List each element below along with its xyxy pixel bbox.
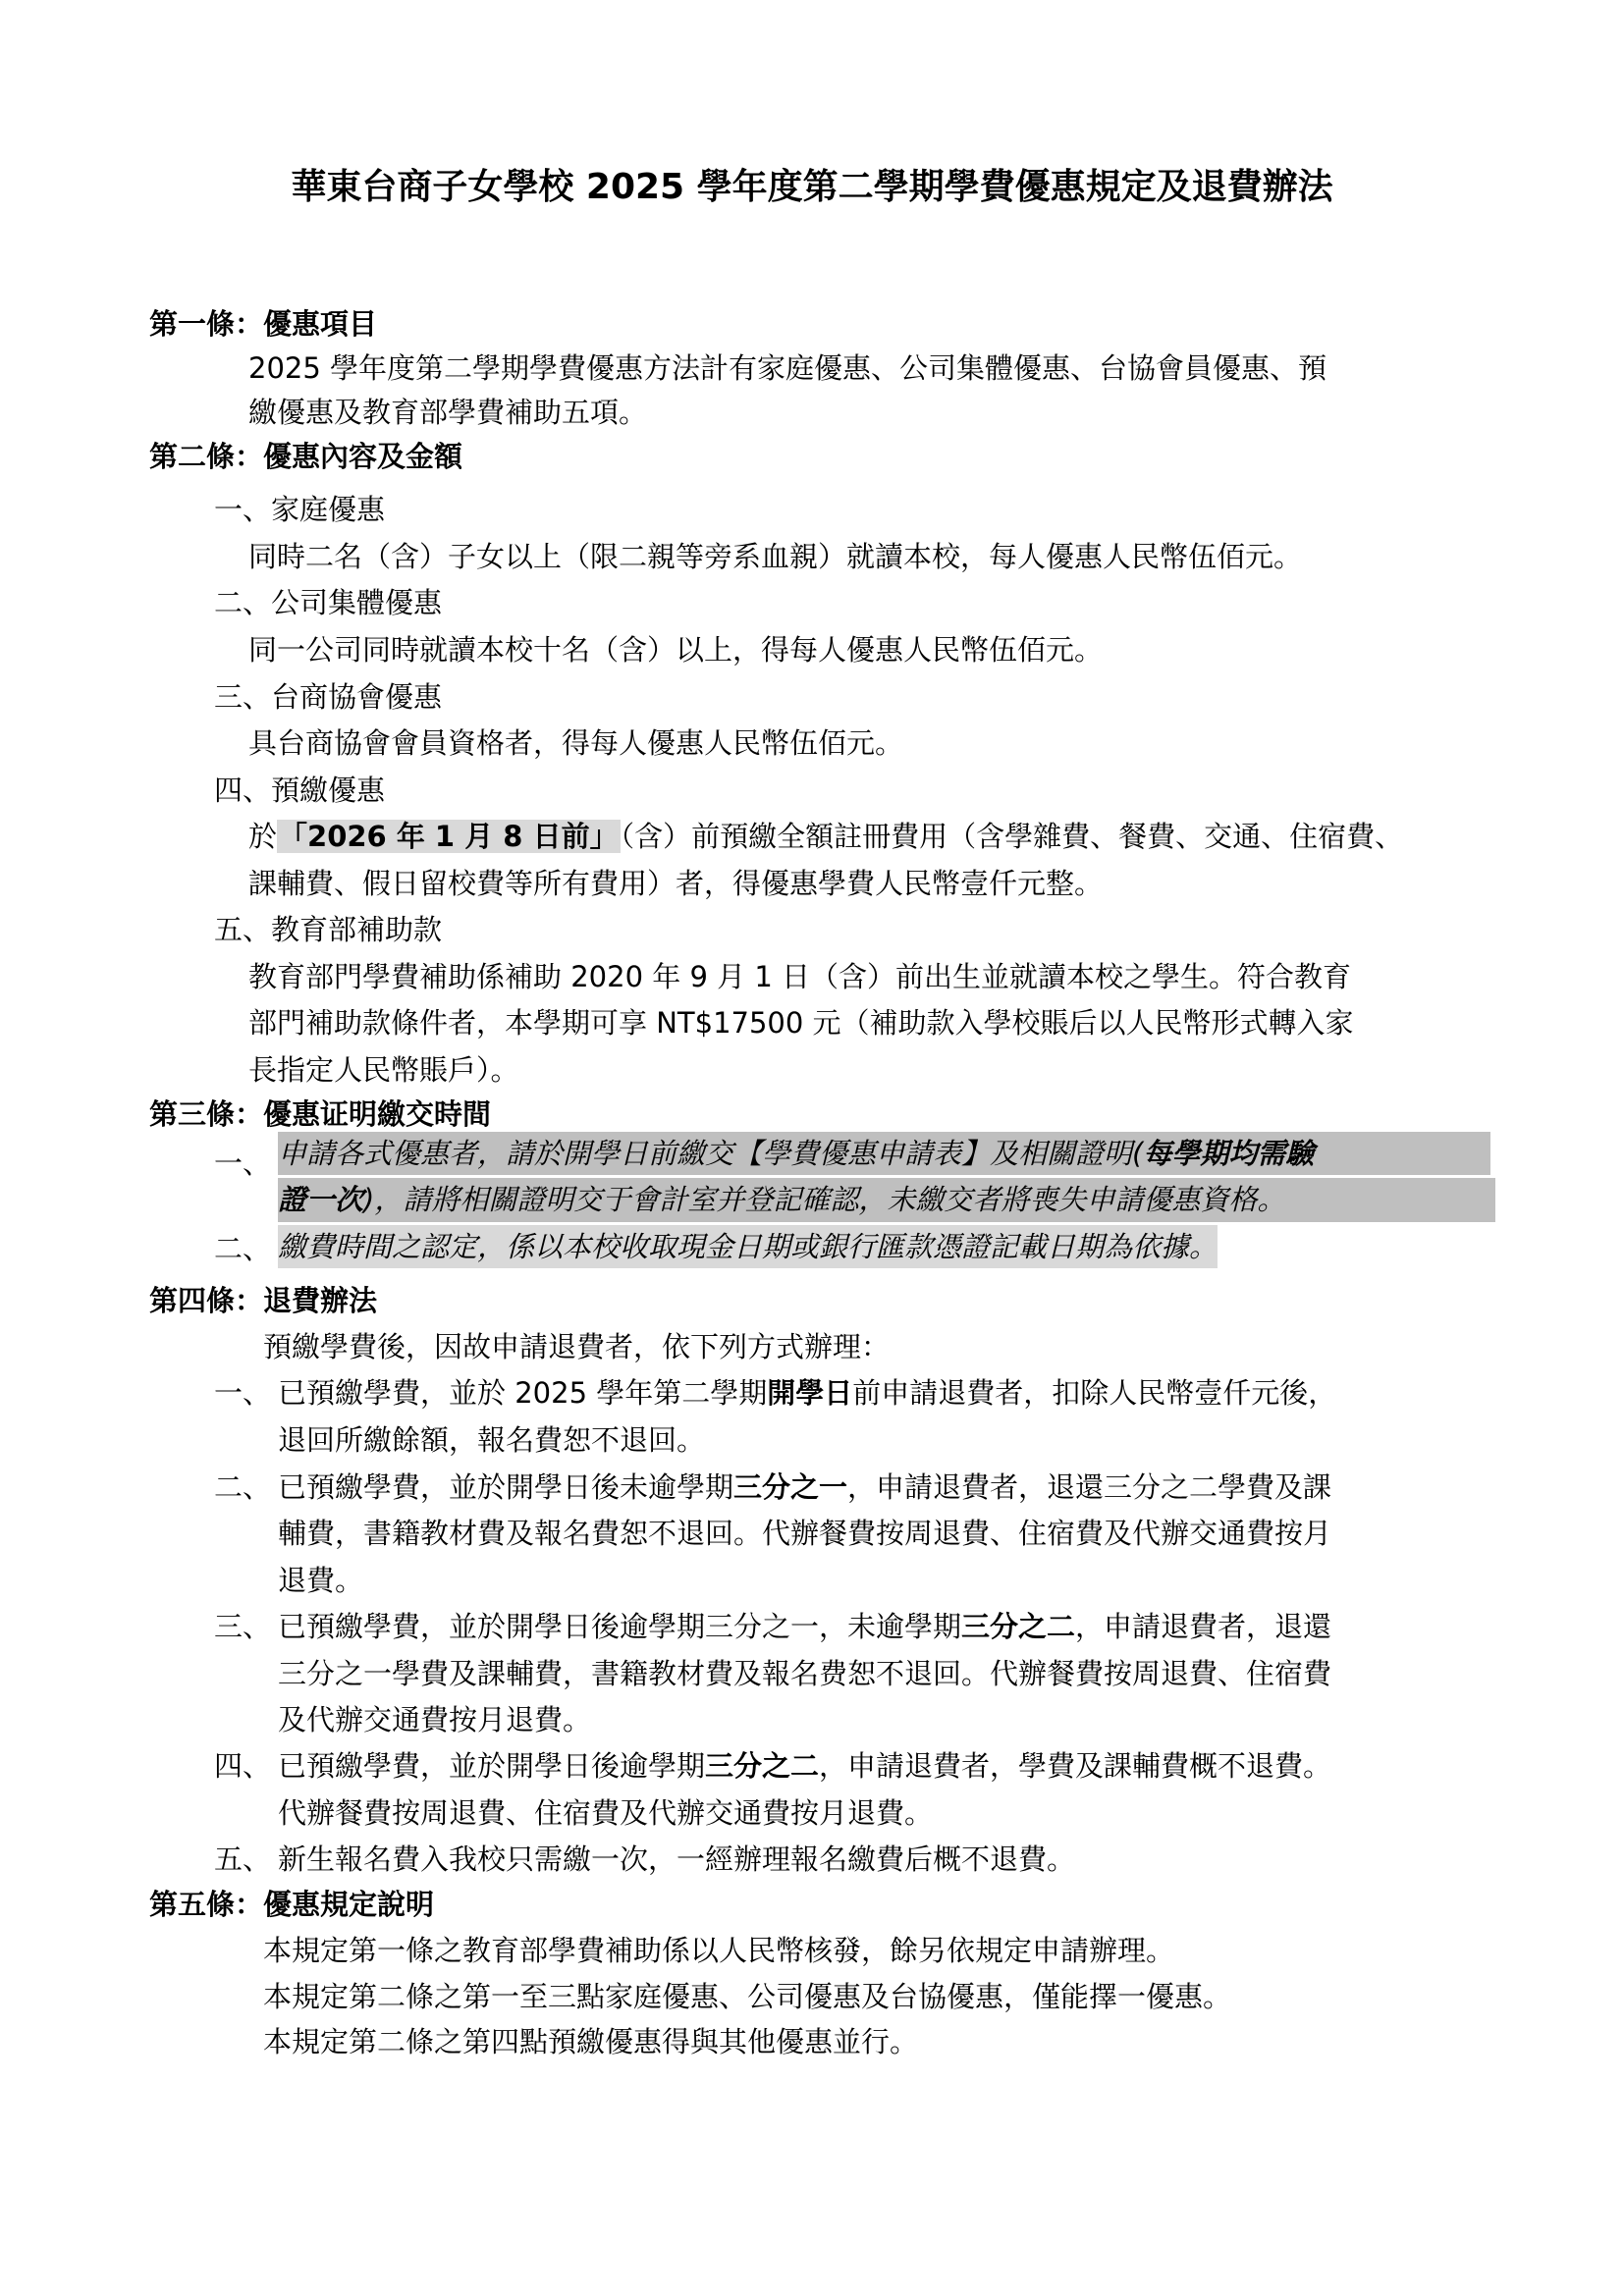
refund-1-bold: 開學日 — [767, 1376, 852, 1410]
proof-accounting-text: )，請將相關證明交于會計室并登記確認，未繳交者將喪失申請優惠資格。 — [363, 1183, 1285, 1216]
article-4-item-4-line-1: 已預繳學費，並於開學日後逾學期三分之二，申請退費者，學費及課輔費概不退費。 — [278, 1744, 1331, 1788]
article-5-line-1: 本規定第一條之教育部學費補助係以人民幣核發，餘另依規定申請辦理。 — [263, 1929, 1174, 1972]
article-1-line-1: 2025 學年度第二學期學費優惠方法計有家庭優惠、公司集體優惠、台協會員優惠、預 — [248, 347, 1326, 390]
proof-submission-text: 申請各式優惠者，請於開學日前繳交【學費優惠申請表】及相關證明( — [278, 1137, 1143, 1170]
document-title: 華東台商子女學校 2025 學年度第二學期學費優惠規定及退費辦法 — [0, 159, 1624, 209]
refund-1-text-c: 前申請退費者，扣除人民幣壹仟元後， — [852, 1376, 1336, 1410]
article-3-item-2-label: 二、 — [214, 1227, 271, 1270]
article-4-item-3-line-3: 及代辦交通費按月退費。 — [278, 1698, 591, 1741]
refund-3-bold: 三分之二 — [961, 1610, 1075, 1643]
article-2-item-5-label: 五、教育部補助款 — [214, 908, 442, 951]
article-4-item-2-line-3: 退費。 — [278, 1559, 363, 1602]
article-2-item-2-text: 同一公司同時就讀本校十名（含）以上，得每人優惠人民幣伍佰元。 — [248, 628, 1103, 671]
refund-1-text-a: 已預繳學費，並於 2025 學年第二學期 — [278, 1376, 767, 1410]
article-4-item-5-text: 新生報名費入我校只需繳一次，一經辦理報名繳費后概不退費。 — [278, 1838, 1075, 1881]
article-2-item-4-line-2: 課輔費、假日留校費等所有費用）者，得優惠學費人民幣壹仟元整。 — [248, 862, 1103, 905]
article-4-item-1-label: 一、 — [214, 1371, 271, 1415]
article-4-item-3-line-1: 已預繳學費，並於開學日後逾學期三分之一，未逾學期三分之二，申請退費者，退還 — [278, 1605, 1331, 1648]
prepay-prefix: 於 — [248, 820, 277, 853]
article-2-item-5-line-3: 長指定人民幣賬戶）。 — [248, 1048, 519, 1092]
article-2-heading: 第二條：優惠內容及金額 — [149, 435, 462, 478]
refund-3-text-c: ，申請退費者，退還 — [1075, 1610, 1331, 1643]
refund-4-bold: 三分之二 — [705, 1749, 819, 1783]
article-3-item-1-label: 一、 — [214, 1142, 271, 1185]
article-4-item-5-label: 五、 — [214, 1838, 271, 1881]
article-2-item-3-text: 具台商協會會員資格者，得每人優惠人民幣伍佰元。 — [248, 721, 903, 765]
article-1-line-2: 繳優惠及教育部學費補助五項。 — [248, 391, 647, 434]
refund-4-text-c: ，申請退費者，學費及課輔費概不退費。 — [819, 1749, 1331, 1783]
refund-3-text-a: 已預繳學費，並於開學日後逾學期三分之一，未逾學期 — [278, 1610, 961, 1643]
article-3-item-2-text: 繳費時間之認定，係以本校收取現金日期或銀行匯款憑證記載日期為依據。 — [278, 1225, 1218, 1268]
article-4-item-3-label: 三、 — [214, 1605, 271, 1648]
article-3-heading: 第三條：優惠证明繳交時間 — [149, 1093, 491, 1136]
article-2-item-4-line-1: 於「2026 年 1 月 8 日前」（含）前預繳全額註冊費用（含學雜費、餐費、交… — [248, 815, 1403, 858]
refund-2-text-c: ，申請退費者，退還三分之二學費及課 — [847, 1470, 1331, 1504]
article-2-item-4-label: 四、預繳優惠 — [214, 769, 385, 812]
article-5-line-2: 本規定第二條之第一至三點家庭優惠、公司優惠及台協優惠，僅能擇一優惠。 — [263, 1975, 1231, 2018]
article-4-heading: 第四條：退費辦法 — [149, 1279, 377, 1322]
article-5-line-3: 本規定第二條之第四點預繳優惠得與其他優惠並行。 — [263, 2020, 918, 2063]
article-2-item-1-text: 同時二名（含）子女以上（限二親等旁系血親）就讀本校，每人優惠人民幣伍佰元。 — [248, 535, 1302, 578]
article-4-intro: 預繳學費後，因故申請退費者，依下列方式辦理： — [263, 1325, 890, 1368]
article-4-item-2-line-1: 已預繳學費，並於開學日後未逾學期三分之一，申請退費者，退還三分之二學費及課 — [278, 1466, 1331, 1509]
article-2-item-5-line-2: 部門補助款條件者，本學期可享 NT$17500 元（補助款入學校賬后以人民幣形式… — [248, 1001, 1354, 1044]
article-4-item-1-line-1: 已預繳學費，並於 2025 學年第二學期開學日前申請退費者，扣除人民幣壹仟元後， — [278, 1371, 1336, 1415]
document-page: 華東台商子女學校 2025 學年度第二學期學費優惠規定及退費辦法 第一條：優惠項… — [0, 0, 1624, 2296]
prepay-deadline-highlight: 「2026 年 1 月 8 日前」 — [277, 820, 621, 853]
proof-every-term-bold: 每學期均需驗 — [1143, 1137, 1314, 1170]
article-4-item-4-line-2: 代辦餐費按周退費、住宿費及代辦交通費按月退費。 — [278, 1791, 933, 1835]
refund-4-text-a: 已預繳學費，並於開學日後逾學期 — [278, 1749, 705, 1783]
article-3-item-1-line-2: 證一次)，請將相關證明交于會計室并登記確認，未繳交者將喪失申請優惠資格。 — [278, 1178, 1495, 1222]
article-2-item-3-label: 三、台商協會優惠 — [214, 675, 442, 719]
proof-once-bold: 證一次 — [278, 1183, 363, 1216]
article-4-item-1-line-2: 退回所繳餘額，報名費恕不退回。 — [278, 1418, 705, 1462]
article-2-item-1-label: 一、家庭優惠 — [214, 488, 385, 531]
article-4-item-2-label: 二、 — [214, 1466, 271, 1509]
article-1-heading: 第一條：優惠項目 — [149, 302, 377, 346]
article-4-item-3-line-2: 三分之一學費及課輔費，書籍教材費及報名费恕不退回。代辦餐費按周退費、住宿費 — [278, 1652, 1331, 1695]
article-5-heading: 第五條：優惠規定說明 — [149, 1883, 434, 1926]
prepay-suffix: （含）前預繳全額註冊費用（含學雜費、餐費、交通、住宿費、 — [621, 820, 1404, 853]
refund-2-text-a: 已預繳學費，並於開學日後未逾學期 — [278, 1470, 733, 1504]
article-3-item-1-line-1: 申請各式優惠者，請於開學日前繳交【學費優惠申請表】及相關證明(每學期均需驗 — [278, 1132, 1490, 1175]
article-4-item-2-line-2: 輔費，書籍教材費及報名費恕不退回。代辦餐費按周退費、住宿費及代辦交通費按月 — [278, 1512, 1331, 1555]
article-4-item-4-label: 四、 — [214, 1744, 271, 1788]
article-2-item-5-line-1: 教育部門學費補助係補助 2020 年 9 月 1 日（含）前出生並就讀本校之學生… — [248, 955, 1351, 998]
refund-2-bold: 三分之一 — [733, 1470, 847, 1504]
article-2-item-2-label: 二、公司集體優惠 — [214, 581, 442, 624]
